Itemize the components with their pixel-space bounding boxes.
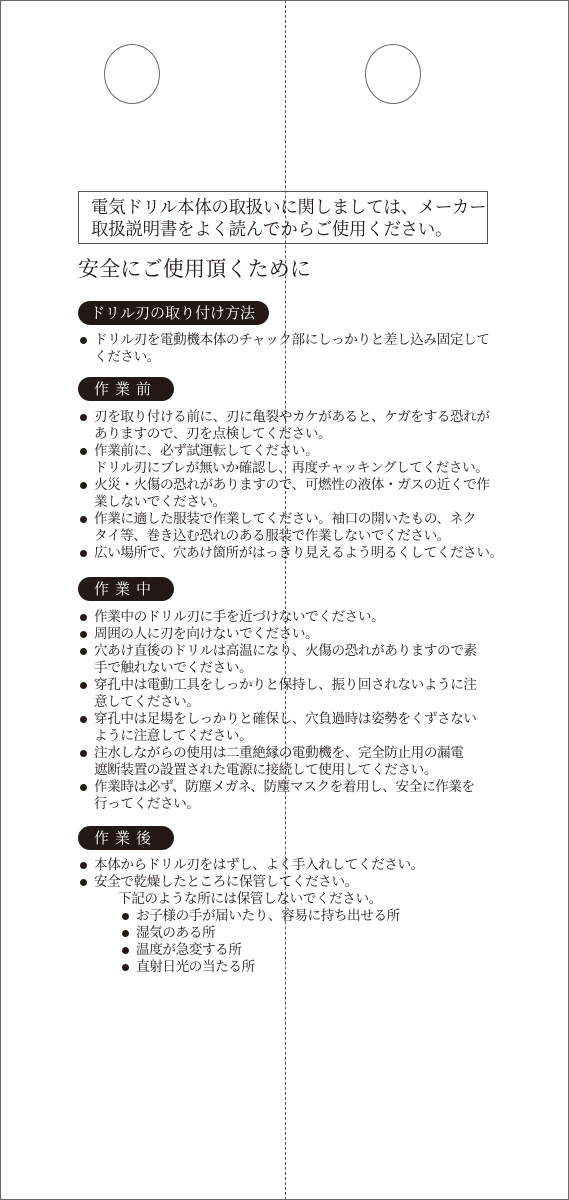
list-item-text: 作業時は必ず、防塵メガネ、防塵マスクを着用し、安全に作業を 行ってください。 — [94, 779, 475, 812]
list-item-text: 刃を取り付ける前に、刃に亀裂やカケがあると、ケガをする恐れが ありますので、刃を… — [94, 409, 490, 442]
bullet-icon — [80, 550, 87, 557]
fold-line-dashed — [285, 0, 286, 1200]
sub-list-item: 直射日光の当たる所 — [80, 959, 510, 976]
list-item: 刃を取り付ける前に、刃に亀裂やカケがあると、ケガをする恐れが ありますので、刃を… — [80, 409, 510, 443]
list-item: 注水しながらの使用は二重絶縁の電動機を、完全防止用の漏電 遮断装置の設置された電… — [80, 745, 510, 779]
bullet-icon — [80, 614, 87, 621]
bullet-icon — [80, 862, 87, 869]
bullet-icon — [122, 947, 129, 954]
list-item: 穿孔中は電動工具をしっかりと保持し、振り回されないように注 意してください。 — [80, 677, 510, 711]
list-item-text: お子様の手が届いたり、容易に持ち出せる所 — [136, 908, 400, 924]
bullet-icon — [80, 682, 87, 689]
bullet-icon — [80, 414, 87, 421]
list-item-text: 穿孔中は足場をしっかりと確保し、穴負過時は姿勢をくずさない ように注意してくださ… — [94, 711, 477, 744]
list-item-text: 本体からドリル刃をはずし、よく手入れしてください。 — [94, 857, 424, 873]
bullet-icon — [80, 631, 87, 638]
list-item: 穿孔中は足場をしっかりと確保し、穴負過時は姿勢をくずさない ように注意してくださ… — [80, 711, 510, 745]
section-label-installation: ドリル刃の取り付け方法 — [78, 301, 269, 325]
bullet-icon — [122, 913, 129, 920]
list-item-text: ドリル刃を電動機本体のチャック部にしっかりと差し込み固定して ください。 — [94, 332, 489, 365]
list-item-text: 火災・火傷の恐れがありますので、可燃性の液体・ガスの近くで作 業しないでください… — [94, 477, 490, 510]
list-item: 本体からドリル刃をはずし、よく手入れしてください。 — [80, 857, 510, 874]
notice-line: 電気ドリル本体の取扱いに関しましては、メーカー — [91, 197, 487, 219]
list-item-text: 湿気のある所 — [136, 925, 215, 941]
bullet-icon — [122, 930, 129, 937]
list-item: 火災・火傷の恐れがありますので、可燃性の液体・ガスの近くで作 業しないでください… — [80, 477, 510, 511]
sub-list-item: お子様の手が届いたり、容易に持ち出せる所 — [80, 908, 510, 925]
bullet-icon — [80, 879, 87, 886]
during-work-list: 作業中のドリル刃に手を近づけないでください。 周囲の人に刃を向けないでください。… — [80, 609, 510, 813]
manual-notice-box: 電気ドリル本体の取扱いに関しましては、メーカー 取扱説明書をよく読んでからご使用… — [78, 191, 488, 244]
list-item-text: 広い場所で、穴あけ箇所がはっきり見えるよう明るくしてください。 — [94, 545, 503, 561]
list-item: 作業時は必ず、防塵メガネ、防塵マスクを着用し、安全に作業を 行ってください。 — [80, 779, 510, 813]
page-title: 安全にご使用頂くために — [78, 255, 311, 283]
list-item: 周囲の人に刃を向けないでください。 — [80, 626, 510, 643]
bullet-icon — [122, 964, 129, 971]
list-item-text: 作業に適した服装で作業してください。袖口の開いたもの、ネク タイ等、巻き込む恐れ… — [94, 511, 476, 544]
list-item: 安全で乾燥したところに保管してください。 — [80, 874, 510, 891]
list-item-text: 直射日光の当たる所 — [136, 959, 255, 975]
section-label-after-work: 作業後 — [78, 826, 174, 850]
list-item-text: 周囲の人に刃を向けないでください。 — [94, 626, 318, 642]
list-item-text: 安全で乾燥したところに保管してください。 — [94, 874, 358, 890]
bullet-icon — [80, 516, 87, 523]
after-work-list: 本体からドリル刃をはずし、よく手入れしてください。 安全で乾燥したところに保管し… — [80, 857, 510, 976]
section-label-during-work: 作業中 — [78, 577, 174, 601]
sub-list-item: 温度が急変する所 — [80, 942, 510, 959]
list-item-text: 温度が急変する所 — [136, 942, 242, 958]
bullet-icon — [80, 337, 87, 344]
list-item-text: 注水しながらの使用は二重絶縁の電動機を、完全防止用の漏電 遮断装置の設置された電… — [94, 745, 463, 778]
sub-list-item: 湿気のある所 — [80, 925, 510, 942]
list-item-text: 穿孔中は電動工具をしっかりと保持し、振り回されないように注 意してください。 — [94, 677, 477, 710]
section-label-before-work: 作業前 — [78, 377, 174, 401]
bullet-icon — [80, 750, 87, 757]
list-item: 作業中のドリル刃に手を近づけないでください。 — [80, 609, 510, 626]
list-item: 穴あけ直後のドリルは高温になり、火傷の恐れがありますので素 手で触れないでくださ… — [80, 643, 510, 677]
notice-line: 取扱説明書をよく読んでからご使用ください。 — [91, 219, 487, 241]
list-item: ドリル刃を電動機本体のチャック部にしっかりと差し込み固定して ください。 — [80, 332, 510, 366]
punch-hole-left — [104, 44, 160, 104]
list-item: 作業に適した服装で作業してください。袖口の開いたもの、ネク タイ等、巻き込む恐れ… — [80, 511, 510, 545]
bullet-icon — [80, 482, 87, 489]
punch-hole-right — [365, 44, 421, 104]
storage-note: 下記のような所には保管しないでください。 — [80, 891, 510, 908]
bullet-icon — [80, 448, 87, 455]
list-item-text: 穴あけ直後のドリルは高温になり、火傷の恐れがありますので素 手で触れないでくださ… — [94, 643, 477, 676]
bullet-icon — [80, 784, 87, 791]
list-item-text: 作業前に、必ず試運転してください。 ドリル刃にブレが無いか確認し、再度チャッキン… — [94, 443, 488, 476]
bullet-icon — [80, 648, 87, 655]
installation-list: ドリル刃を電動機本体のチャック部にしっかりと差し込み固定して ください。 — [80, 332, 510, 366]
list-item: 広い場所で、穴あけ箇所がはっきり見えるよう明るくしてください。 — [80, 545, 510, 562]
list-item: 作業前に、必ず試運転してください。 ドリル刃にブレが無いか確認し、再度チャッキン… — [80, 443, 510, 477]
list-item-text: 作業中のドリル刃に手を近づけないでください。 — [94, 609, 384, 625]
bullet-icon — [80, 716, 87, 723]
before-work-list: 刃を取り付ける前に、刃に亀裂やカケがあると、ケガをする恐れが ありますので、刃を… — [80, 409, 510, 562]
